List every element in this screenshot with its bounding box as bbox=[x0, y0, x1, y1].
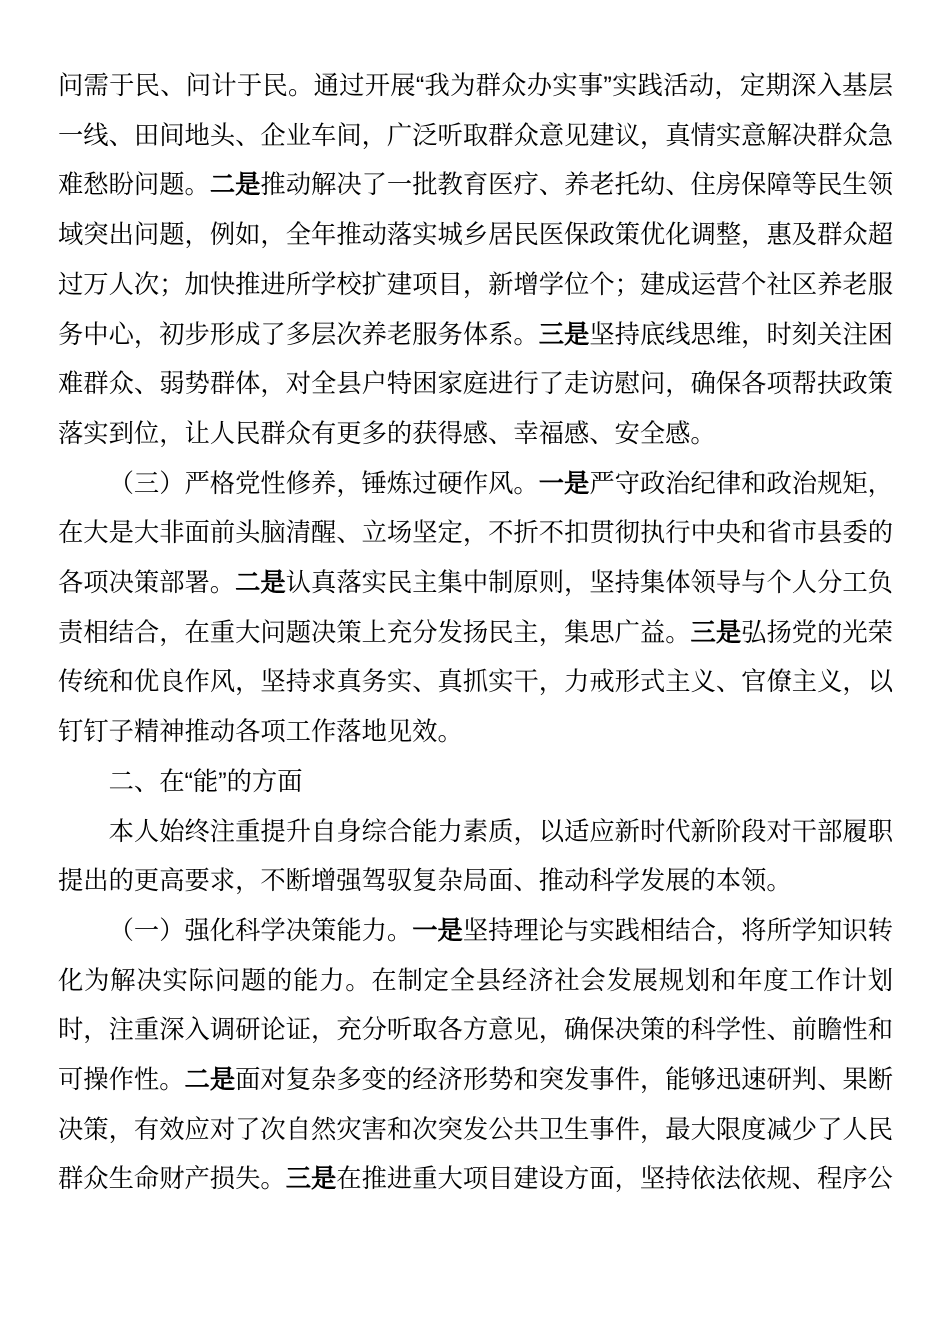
document-page: 问需于民、问计于民。通过开展“我为群众办实事”实践活动，定期深入基层一线、田间地… bbox=[0, 0, 950, 1344]
bold-run: 三是 bbox=[539, 321, 590, 349]
document-body: 问需于民、问计于民。通过开展“我为群众办实事”实践活动，定期深入基层一线、田间地… bbox=[58, 62, 893, 1205]
paragraph-kexue-juece: （一）强化科学决策能力。一是坚持理论与实践相结合，将所学知识转化为解决实际问题的… bbox=[58, 907, 893, 1205]
bold-run: 二是 bbox=[210, 171, 261, 199]
paragraph-de-section-continued: 问需于民、问计于民。通过开展“我为群众办实事”实践活动，定期深入基层一线、田间地… bbox=[58, 62, 893, 460]
bold-run: 一是 bbox=[412, 917, 463, 945]
text-run: （三）严格党性修养，锤炼过硬作风。 bbox=[109, 470, 539, 498]
text-run: 在推进重大项目建设方面，坚持依法依规、程序公 bbox=[336, 1165, 893, 1193]
heading-neng-section: 二、在“能”的方面 bbox=[58, 758, 893, 808]
bold-run: 三是 bbox=[691, 619, 742, 647]
bold-run: 一是 bbox=[539, 470, 590, 498]
text-run: 二、在“能”的方面 bbox=[109, 768, 303, 796]
paragraph-neng-intro: 本人始终注重提升自身综合能力素质，以适应新时代新阶段对干部履职提出的更高要求，不… bbox=[58, 808, 893, 907]
bold-run: 二是 bbox=[185, 1066, 236, 1094]
bold-run: 二是 bbox=[235, 569, 286, 597]
text-run: （一）强化科学决策能力。 bbox=[109, 917, 413, 945]
text-run: 本人始终注重提升自身综合能力素质，以适应新时代新阶段对干部履职提出的更高要求，不… bbox=[58, 818, 893, 896]
bold-run: 三是 bbox=[286, 1165, 337, 1193]
paragraph-dangxing-xiuyang: （三）严格党性修养，锤炼过硬作风。一是严守政治纪律和政治规矩，在大是大非面前头脑… bbox=[58, 460, 893, 758]
